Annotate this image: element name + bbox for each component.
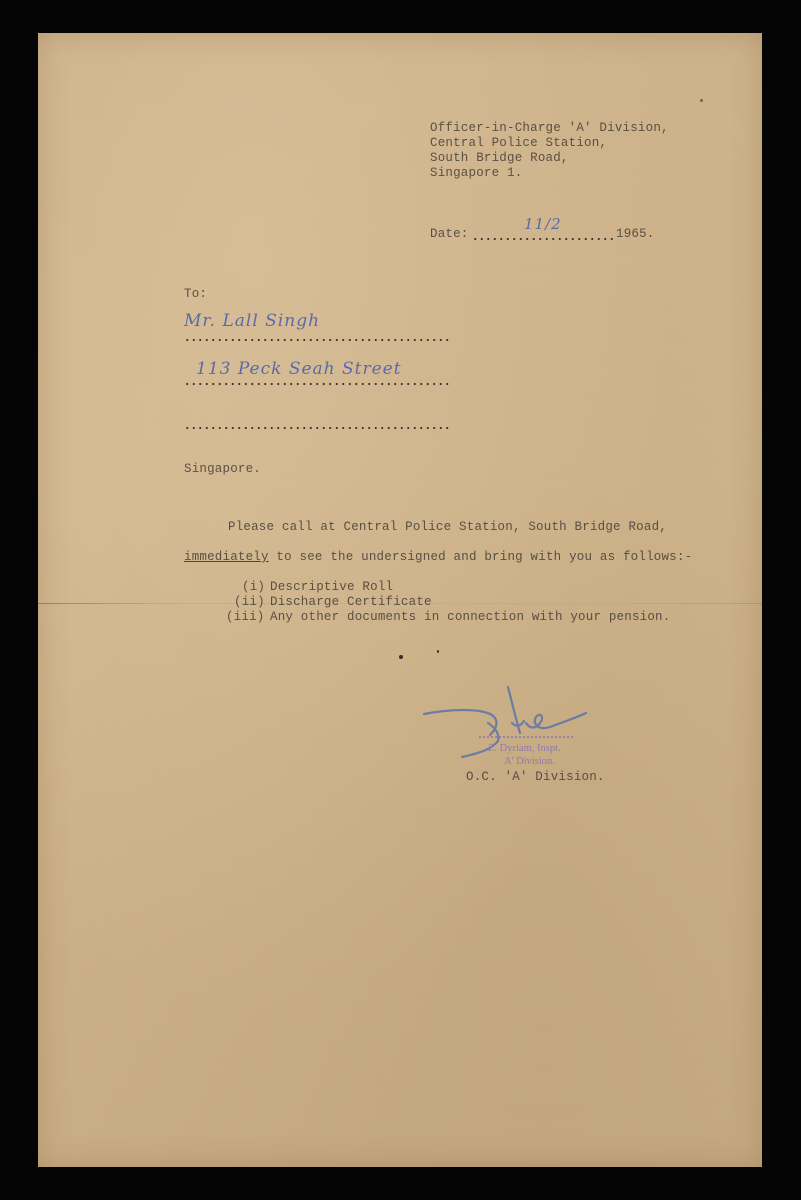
to-label: To: [184,287,207,302]
sender-address-line-4: Singapore 1. [430,166,522,181]
body-line-2: immediately to see the undersigned and b… [184,550,692,565]
item-3-text: Any other documents in connection with y… [270,610,670,625]
date-year: 1965. [616,227,655,242]
stamp-division: A' Division. [504,755,555,768]
sender-address-line-3: South Bridge Road, [430,151,569,166]
body-line-1: Please call at Central Police Station, S… [228,520,667,535]
item-2-marker: (ii) [234,595,265,610]
date-dotted-line [472,238,614,240]
item-1-text: Descriptive Roll [270,580,393,595]
recipient-extra-dotted-line [184,427,450,429]
date-label: Date: [430,227,469,242]
body-line-2-rest: to see the undersigned and bring with yo… [269,550,693,564]
paper-speck [399,655,403,659]
emphasis-immediately: immediately [184,550,269,564]
sender-address-line-2: Central Police Station, [430,136,607,151]
recipient-name-handwritten: Mr. Lall Singh [184,311,320,331]
recipient-city: Singapore. [184,462,261,477]
paper-speck [700,99,703,102]
recipient-address-dotted-line [184,383,450,385]
signature-title: O.C. 'A' Division. [466,770,605,785]
recipient-address-handwritten: 113 Peck Seah Street [196,359,402,379]
paper-speck [437,650,439,653]
item-3-marker: (iii) [226,610,265,625]
item-1-marker: (i) [242,580,265,595]
date-handwritten: 11/2 [524,215,562,233]
recipient-name-dotted-line [184,339,450,341]
item-2-text: Discharge Certificate [270,595,432,610]
sender-address-line-1: Officer-in-Charge 'A' Division, [430,121,669,136]
stamp-dotted-line [478,736,574,738]
letter-page: Officer-in-Charge 'A' Division, Central … [38,33,762,1167]
stamp-name: Z. Dyriam, Inspt. [488,742,561,755]
